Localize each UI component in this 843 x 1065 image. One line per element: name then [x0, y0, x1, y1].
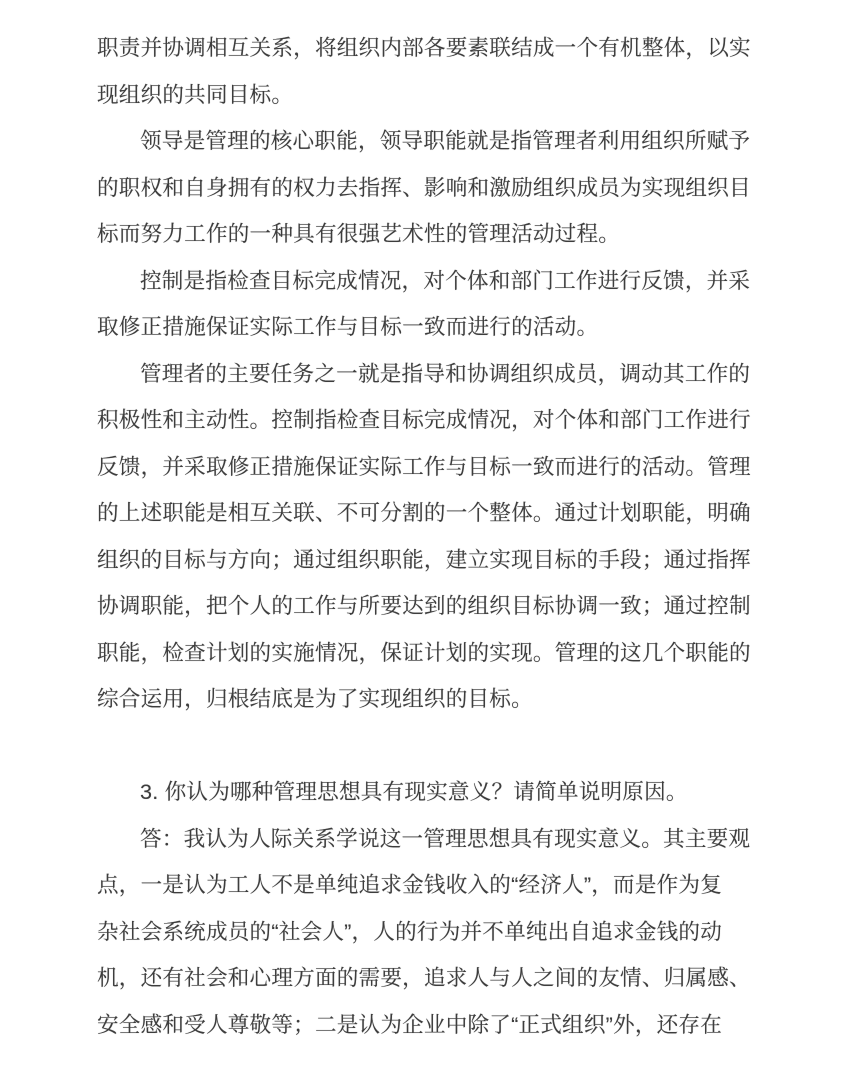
text-line: 反馈，并采取修正措施保证实际工作与目标一致而进行的活动。管理 [97, 444, 787, 491]
text-line: 的上述职能是相互关联、不可分割的一个整体。通过计划职能，明确 [97, 490, 787, 537]
text-line: 机，还有社会和心理方面的需要，追求人与人之间的友情、归属感、 [97, 955, 787, 1002]
paragraph: 领导是管理的核心职能，领导职能就是指管理者利用组织所赋予 的职权和自身拥有的权力… [97, 118, 787, 258]
paragraph: 职责并协调相互关系，将组织内部各要素联结成一个有机整体，以实 现组织的共同目标。 [97, 25, 787, 118]
text-line: 组织的目标与方向；通过组织职能，建立实现目标的手段；通过指挥 [97, 537, 787, 584]
text-line: 现组织的共同目标。 [97, 72, 787, 119]
text-line: 杂社会系统成员的“社会人”，人的行为并不单纯出自追求金钱的动 [97, 909, 787, 956]
text-line: 综合运用，归根结底是为了实现组织的目标。 [97, 676, 787, 723]
text-line: 标而努力工作的一种具有很强艺术性的管理活动过程。 [97, 211, 787, 258]
paragraph: 答：我认为人际关系学说这一管理思想具有现实意义。其主要观 点，一是认为工人不是单… [97, 816, 787, 1049]
paragraph: 控制是指检查目标完成情况，对个体和部门工作进行反馈，并采 取修正措施保证实际工作… [97, 258, 787, 351]
text-line: 职能，检查计划的实施情况，保证计划的实现。管理的这几个职能的 [97, 630, 787, 677]
text-line: 答：我认为人际关系学说这一管理思想具有现实意义。其主要观 [97, 816, 787, 863]
text-line: 领导是管理的核心职能，领导职能就是指管理者利用组织所赋予 [97, 118, 787, 165]
text-line: 管理者的主要任务之一就是指导和协调组织成员，调动其工作的 [97, 351, 787, 398]
text-line: 控制是指检查目标完成情况，对个体和部门工作进行反馈，并采 [97, 258, 787, 305]
text-line: 取修正措施保证实际工作与目标一致而进行的活动。 [97, 304, 787, 351]
text-line: 职责并协调相互关系，将组织内部各要素联结成一个有机整体，以实 [97, 25, 787, 72]
text-line: 协调职能，把个人的工作与所要达到的组织目标协调一致；通过控制 [97, 583, 787, 630]
paragraph: 管理者的主要任务之一就是指导和协调组织成员，调动其工作的 积极性和主动性。控制指… [97, 351, 787, 723]
text-line: 3. 你认为哪种管理思想具有现实意义？请简单说明原因。 [97, 769, 787, 816]
document-page: 职责并协调相互关系，将组织内部各要素联结成一个有机整体，以实 现组织的共同目标。… [0, 0, 843, 1065]
text-line: 的职权和自身拥有的权力去指挥、影响和激励组织成员为实现组织目 [97, 165, 787, 212]
document-text: 职责并协调相互关系，将组织内部各要素联结成一个有机整体，以实 现组织的共同目标。… [97, 25, 787, 1048]
text-line: 点，一是认为工人不是单纯追求金钱收入的“经济人”，而是作为复 [97, 862, 787, 909]
text-line: 积极性和主动性。控制指检查目标完成情况，对个体和部门工作进行 [97, 397, 787, 444]
blank-line-spacer [97, 723, 787, 770]
text-line: 安全感和受人尊敬等；二是认为企业中除了“正式组织”外，还存在 [97, 1002, 787, 1049]
question-heading: 3. 你认为哪种管理思想具有现实意义？请简单说明原因。 [97, 769, 787, 816]
